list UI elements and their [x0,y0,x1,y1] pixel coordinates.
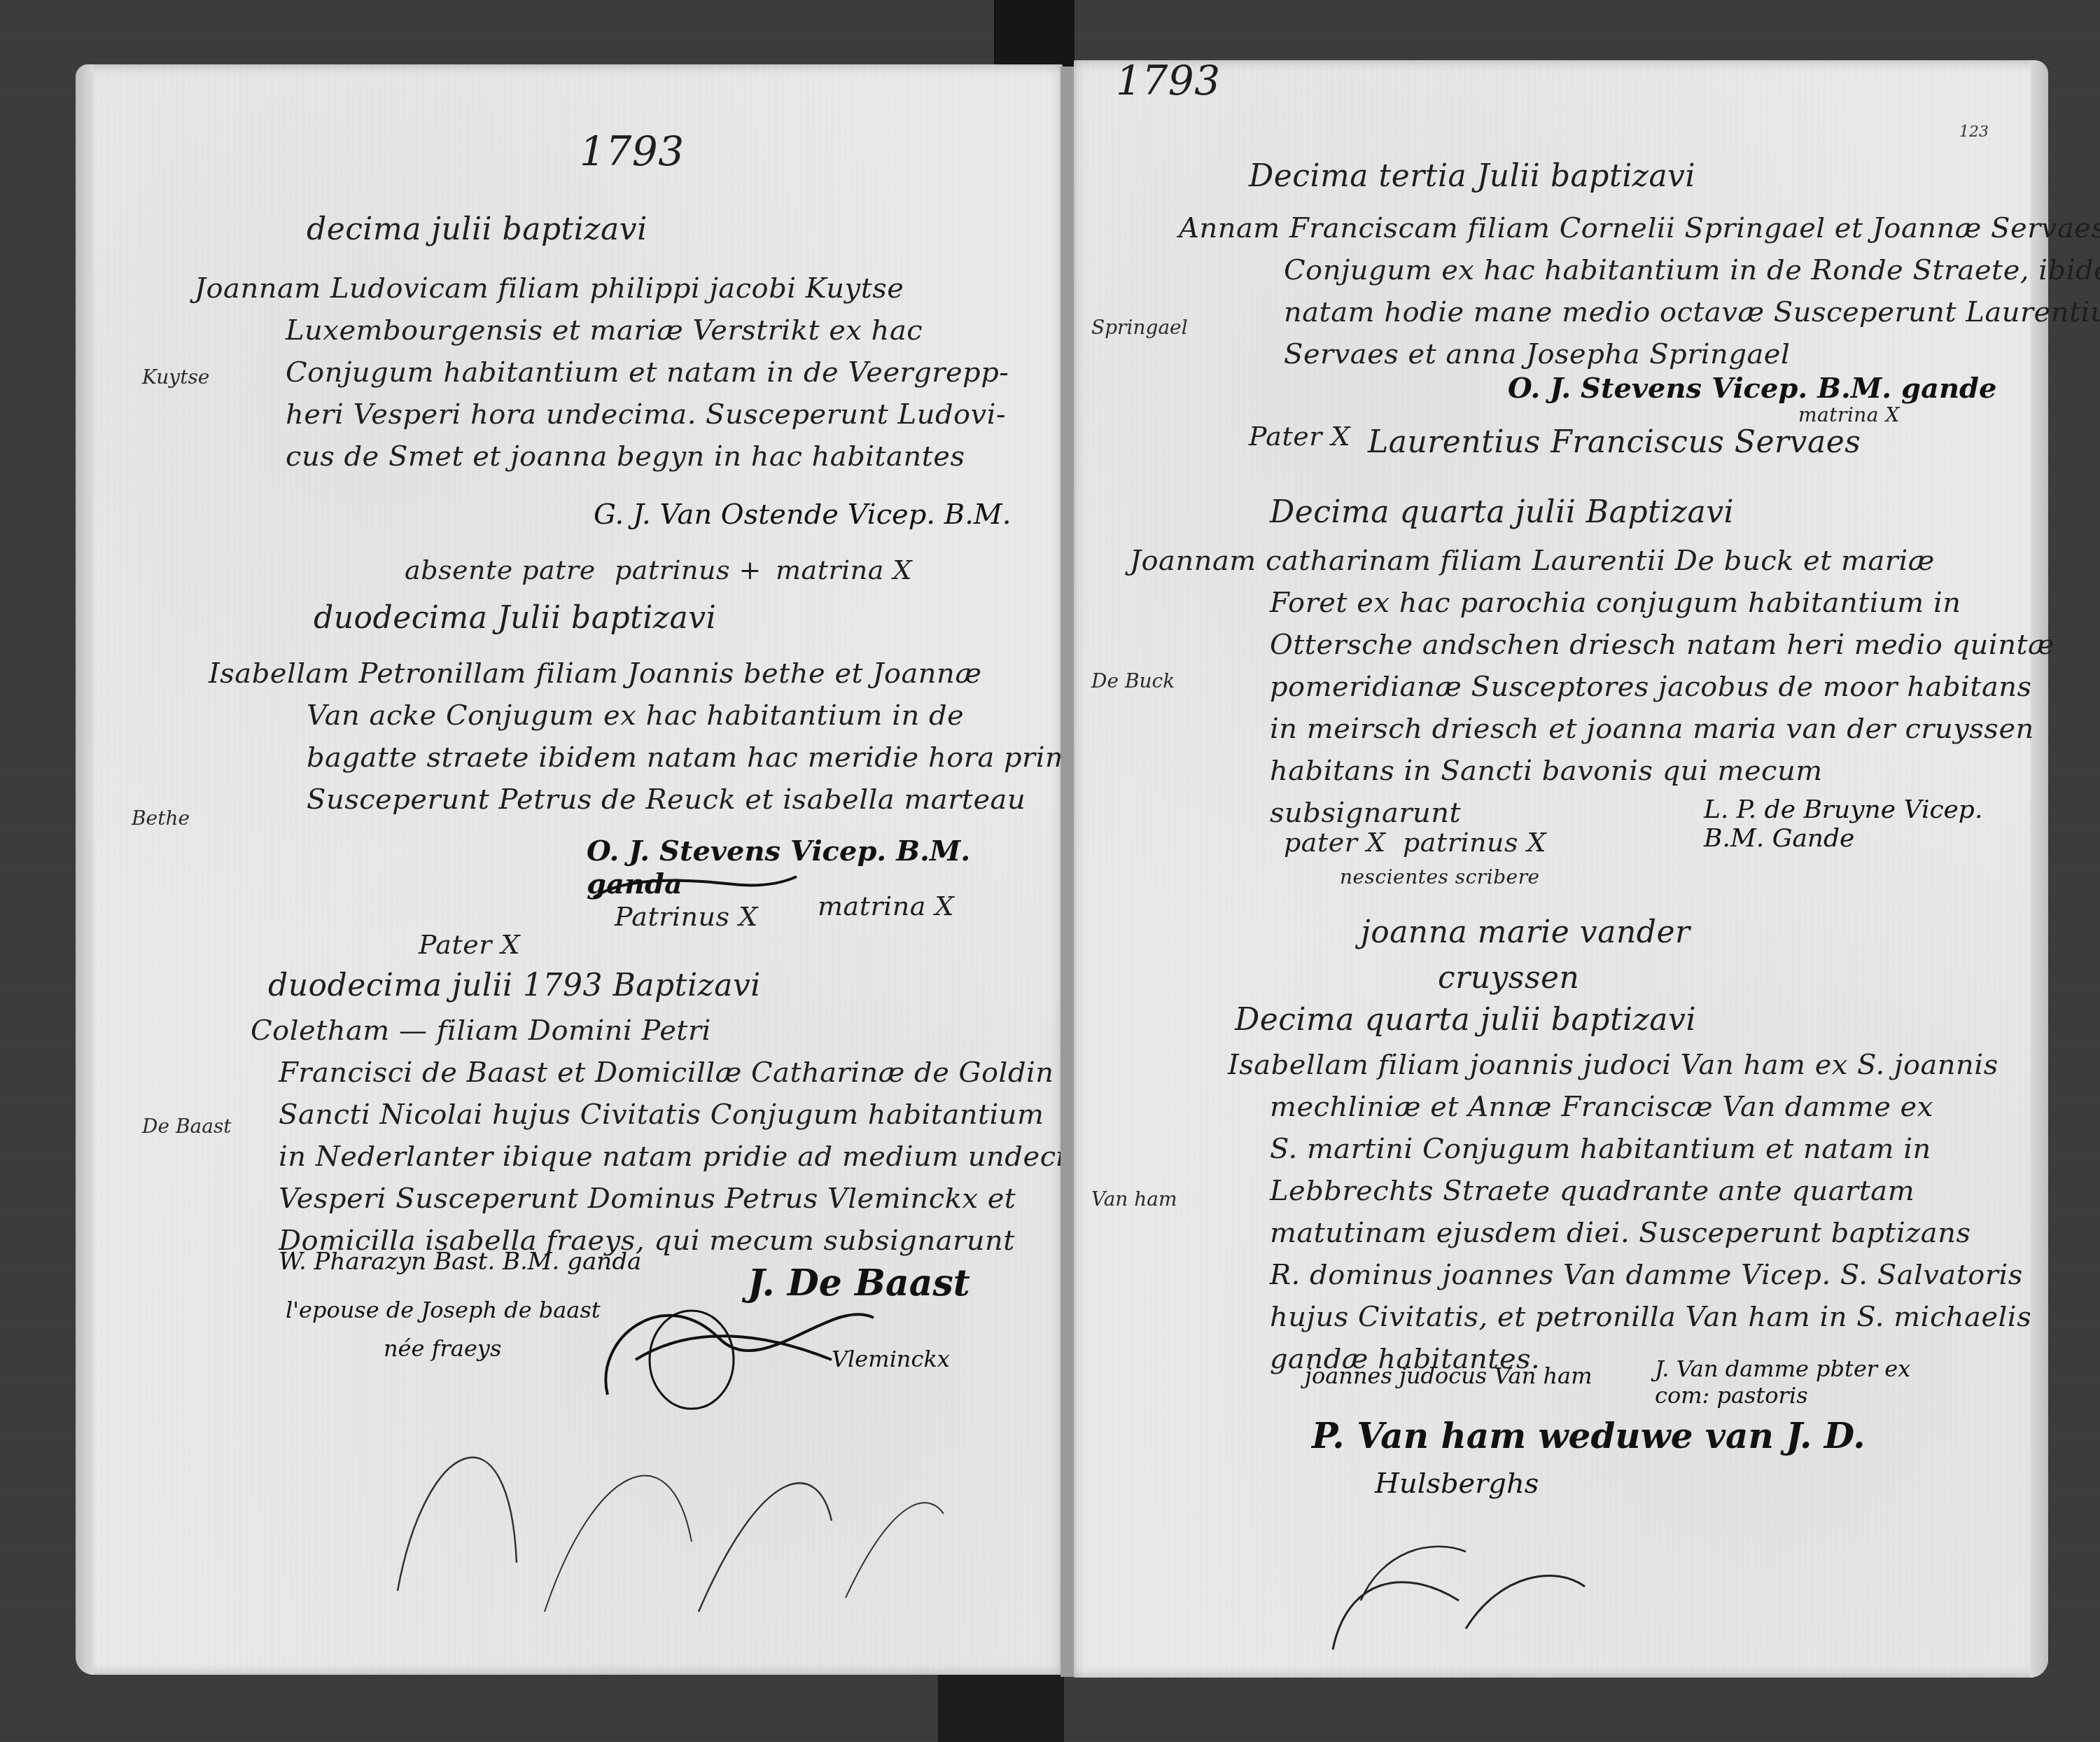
left-page: 1793 Kuytse decima julii baptizavi Joann… [76,64,1063,1675]
entry-4-mark-matrina: matrina X [1798,403,1900,426]
left-page-edge [76,64,94,1675]
entry-5-body: Joannam catharinam filiam Laurentii De b… [1130,540,2054,834]
entry-3-line-4: in Nederlanter ibique natam pridie ad me… [251,1136,1119,1178]
entry-1-mark-absente: absente patre [405,555,596,585]
entry-3-signature-4: née fraeys [384,1335,501,1362]
entry-4-godfather-signature: Laurentius Franciscus Servaes [1368,424,1861,460]
entry-5-godmother-signature-2: cruyssen [1438,960,1579,996]
entry-1-line-2: Luxembourgensis et mariæ Verstrikt ex ha… [195,309,1009,351]
entry-6-heading: Decima quarta julii baptizavi [1235,1002,1696,1038]
book-gutter [1060,67,1074,1677]
entry-4-mark-pater: Pater X [1249,421,1350,452]
entry-1-line-5: cus de Smet et joanna begyn in hac habit… [195,436,1009,478]
entry-5-mark-pater: pater X [1284,827,1386,858]
margin-name-de-baast: De Baast [142,1115,232,1138]
entry-5-line-3: Ottersche andschen driesch natam heri me… [1130,624,2054,666]
entry-2-mark-patrinus: Patrinus X [615,901,758,932]
entry-4-line-4: Servaes et anna Josepha Springael [1179,333,2100,375]
spine-shadow-top [994,0,1074,67]
entry-4-line-3: natam hodie mane medio octavæ Susceperun… [1179,291,2100,333]
entry-1-line-1: Joannam Ludovicam filiam philippi jacobi… [195,267,1009,309]
signature-flourish-loops [580,1255,895,1416]
entry-3-line-1: Coletham — filiam Domini Petri [251,1010,1119,1052]
entry-5-heading: Decima quarta julii Baptizavi [1270,494,1734,530]
entry-6-line-2: mechliniæ et Annæ Franciscæ Van damme ex [1228,1086,2031,1128]
entry-5-line-1: Joannam catharinam filiam Laurentii De b… [1130,540,2054,582]
entry-3-line-3: Sancti Nicolai hujus Civitatis Conjugum … [251,1094,1119,1136]
entry-6-line-5: matutinam ejusdem diei. Susceperunt bapt… [1228,1212,2031,1254]
entry-3-signature-3: l'epouse de Joseph de baast [286,1297,601,1323]
entry-3-body: Coletham — filiam Domini Petri Francisci… [251,1010,1119,1262]
margin-name-van-ham: Van ham [1091,1187,1177,1211]
entry-5-line-4: pomeridianæ Susceptores jacobus de moor … [1130,666,2054,708]
entry-6-signature-godmother: P. Van ham weduwe van J. D. [1312,1415,1865,1456]
entry-6-signature-godmother-2: Hulsberghs [1375,1468,1539,1500]
entry-1-line-4: heri Vesperi hora undecima. Susceperunt … [195,393,1009,436]
entry-3-line-5: Vesperi Susceperunt Dominus Petrus Vlemi… [251,1178,1119,1220]
entry-5-mark-nescientes: nescientes scribere [1340,865,1540,889]
entry-2-body: Isabellam Petronillam filiam Joannis bet… [209,653,1089,821]
entry-4-body: Annam Franciscam filiam Cornelii Springa… [1179,207,2100,375]
entry-3-line-2: Francisci de Baast et Domicillæ Catharin… [251,1052,1119,1094]
entry-1-mark-matrina: matrina X [776,555,912,585]
entry-5-mark-patrinus: patrinus X [1403,827,1546,858]
entry-3-heading: duodecima julii 1793 Baptizavi [268,968,761,1003]
entry-2-mark-matrina: matrina X [818,891,954,921]
entry-6-signature-priest: J. Van damme pbter ex com: pastoris [1655,1356,1921,1409]
entry-6-line-4: Lebbrechts Straete quadrante ante quarta… [1228,1170,2031,1212]
margin-name-bethe: Bethe [132,807,190,830]
entry-1-line-3: Conjugum habitantium et natam in de Veer… [195,351,1009,393]
entry-6-line-1: Isabellam filiam joannis judoci Van ham … [1228,1044,2031,1086]
entry-5-signature: L. P. de Bruyne Vicep. B.M. Gande [1704,795,2048,853]
page-number: 123 [1959,123,1989,141]
entry-5-godmother-signature-1: joanna marie vander [1361,914,1690,950]
entry-2-heading: duodecima Julii baptizavi [314,600,716,636]
margin-name-springael: Springael [1091,316,1188,339]
entry-6-line-7: hujus Civitatis, et petronilla Van ham i… [1228,1296,2031,1338]
entry-6-line-3: S. martini Conjugum habitantium et natam… [1228,1128,2031,1170]
entry-4-line-2: Conjugum ex hac habitantium in de Ronde … [1179,249,2100,291]
right-year-header: 1793 [1116,57,1221,104]
entry-2-line-4: Susceperunt Petrus de Reuck et isabella … [209,779,1089,821]
left-year-header: 1793 [580,127,685,175]
entry-4-heading: Decima tertia Julii baptizavi [1249,158,1695,194]
entry-5-line-6: habitans in Sancti bavonis qui mecum [1130,750,2054,792]
entry-2-line-1: Isabellam Petronillam filiam Joannis bet… [209,653,1089,695]
entry-6-signature-father: joannes judocus Van ham [1305,1363,1592,1389]
entry-1-mark-patrinus: patrinus + [615,555,762,585]
decorative-arc-strokes [370,1409,965,1619]
entry-5-line-5: in meirsch driesch et joanna maria van d… [1130,708,2054,750]
decorative-arc-strokes-right [1319,1524,1669,1664]
entry-1-signature: G. J. Van Ostende Vicep. B.M. [594,499,1011,531]
right-page: 1793 123 Springael Decima tertia Julii b… [1074,60,2048,1678]
entry-6-line-6: R. dominus joannes Van damme Vicep. S. S… [1228,1254,2031,1296]
entry-1-heading: decima julii baptizavi [307,211,647,247]
entry-2-line-2: Van acke Conjugum ex hac habitantium in … [209,695,1089,737]
entry-2-mark-pater: Pater X [419,929,520,960]
entry-6-body: Isabellam filiam joannis judoci Van ham … [1228,1044,2031,1380]
entry-5-line-2: Foret ex hac parochia conjugum habitanti… [1130,582,2054,624]
entry-4-line-1: Annam Franciscam filiam Cornelii Springa… [1179,207,2100,249]
entry-1-body: Joannam Ludovicam filiam philippi jacobi… [195,267,1009,478]
entry-2-line-3: bagatte straete ibidem natam hac meridie… [209,737,1089,779]
entry-4-signature: O. J. Stevens Vicep. B.M. gande [1508,372,1996,405]
